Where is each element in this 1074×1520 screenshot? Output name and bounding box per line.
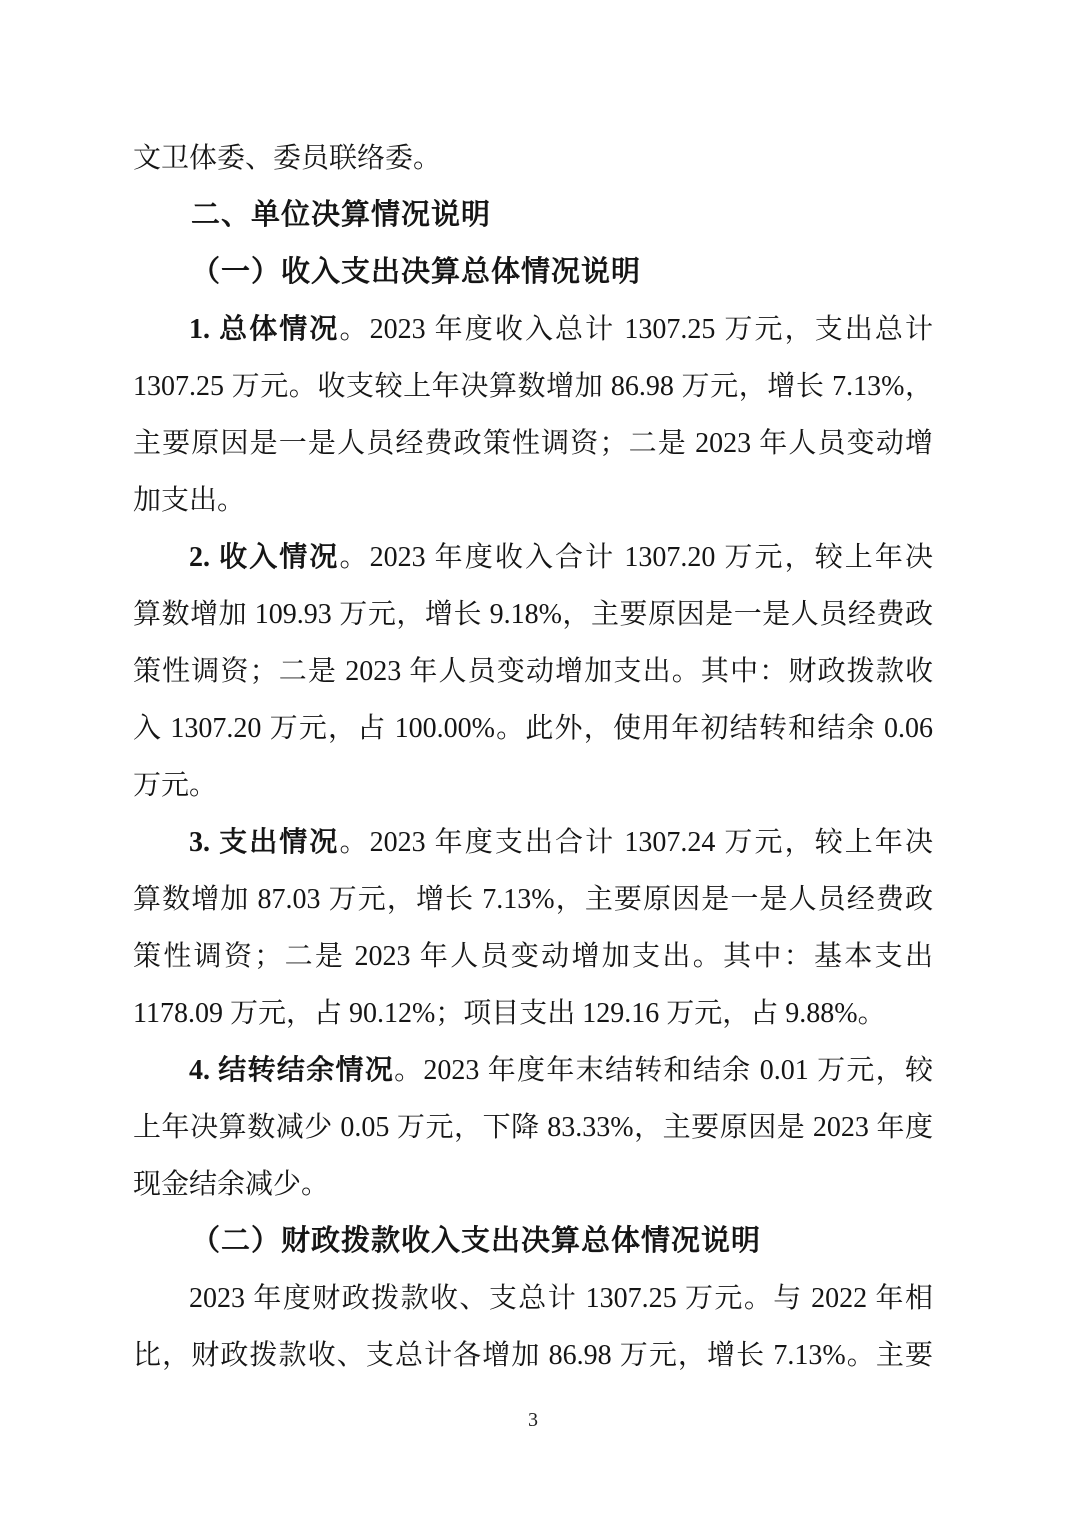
paragraph-1-text: 。2023 年度收入总计 1307.25 万元，支出总计 <box>339 314 933 345</box>
paragraph-2-lead: 2. 收入情况 <box>189 542 339 573</box>
subsection-2-heading: （二）财政拨款收入支出决算总体情况说明 <box>133 1213 933 1270</box>
paragraph-4-line-1: 4. 结转结余情况。2023 年度年末结转和结余 0.01 万元，较 <box>133 1042 933 1099</box>
paragraph-3-lead: 3. 支出情况 <box>189 827 339 858</box>
document-page: 文卫体委、委员联络委。 二、单位决算情况说明 （一）收入支出决算总体情况说明 1… <box>0 0 1074 1520</box>
intro-line: 文卫体委、委员联络委。 <box>133 130 933 187</box>
paragraph-2-line-4: 入 1307.20 万元，占 100.00%。此外，使用年初结转和结余 0.06 <box>133 700 933 757</box>
paragraph-2-text: 。2023 年度收入合计 1307.20 万元，较上年决 <box>339 542 933 573</box>
document-content: 文卫体委、委员联络委。 二、单位决算情况说明 （一）收入支出决算总体情况说明 1… <box>133 130 933 1384</box>
paragraph-1-line-4: 加支出。 <box>133 472 933 529</box>
paragraph-3-line-1: 3. 支出情况。2023 年度支出合计 1307.24 万元，较上年决 <box>133 814 933 871</box>
paragraph-1-line-1: 1. 总体情况。2023 年度收入总计 1307.25 万元，支出总计 <box>133 301 933 358</box>
paragraph-3-line-4: 1178.09 万元，占 90.12%；项目支出 129.16 万元，占 9.8… <box>133 985 933 1042</box>
paragraph-4-text: 。2023 年度年末结转和结余 0.01 万元，较 <box>394 1055 933 1086</box>
paragraph-1-lead: 1. 总体情况 <box>189 314 339 345</box>
paragraph-2-line-3: 策性调资；二是 2023 年人员变动增加支出。其中：财政拨款收 <box>133 643 933 700</box>
paragraph-1-line-2: 1307.25 万元。收支较上年决算数增加 86.98 万元，增长 7.13%， <box>133 358 933 415</box>
section-heading: 二、单位决算情况说明 <box>133 187 933 244</box>
paragraph-5-line-1: 2023 年度财政拨款收、支总计 1307.25 万元。与 2022 年相 <box>133 1270 933 1327</box>
subsection-1-heading: （一）收入支出决算总体情况说明 <box>133 244 933 301</box>
paragraph-1-line-3: 主要原因是一是人员经费政策性调资；二是 2023 年人员变动增 <box>133 415 933 472</box>
paragraph-4-line-2: 上年决算数减少 0.05 万元，下降 83.33%，主要原因是 2023 年度 <box>133 1099 933 1156</box>
paragraph-4-lead: 4. 结转结余情况 <box>189 1055 394 1086</box>
page-number: 3 <box>133 1405 933 1435</box>
paragraph-4-line-3: 现金结余减少。 <box>133 1156 933 1213</box>
paragraph-2-line-5: 万元。 <box>133 757 933 814</box>
paragraph-3-line-3: 策性调资；二是 2023 年人员变动增加支出。其中：基本支出 <box>133 928 933 985</box>
paragraph-2-line-1: 2. 收入情况。2023 年度收入合计 1307.20 万元，较上年决 <box>133 529 933 586</box>
paragraph-3-line-2: 算数增加 87.03 万元，增长 7.13%，主要原因是一是人员经费政 <box>133 871 933 928</box>
paragraph-2-line-2: 算数增加 109.93 万元，增长 9.18%，主要原因是一是人员经费政 <box>133 586 933 643</box>
paragraph-3-text: 。2023 年度支出合计 1307.24 万元，较上年决 <box>339 827 933 858</box>
paragraph-5-line-2: 比，财政拨款收、支总计各增加 86.98 万元，增长 7.13%。主要 <box>133 1327 933 1384</box>
